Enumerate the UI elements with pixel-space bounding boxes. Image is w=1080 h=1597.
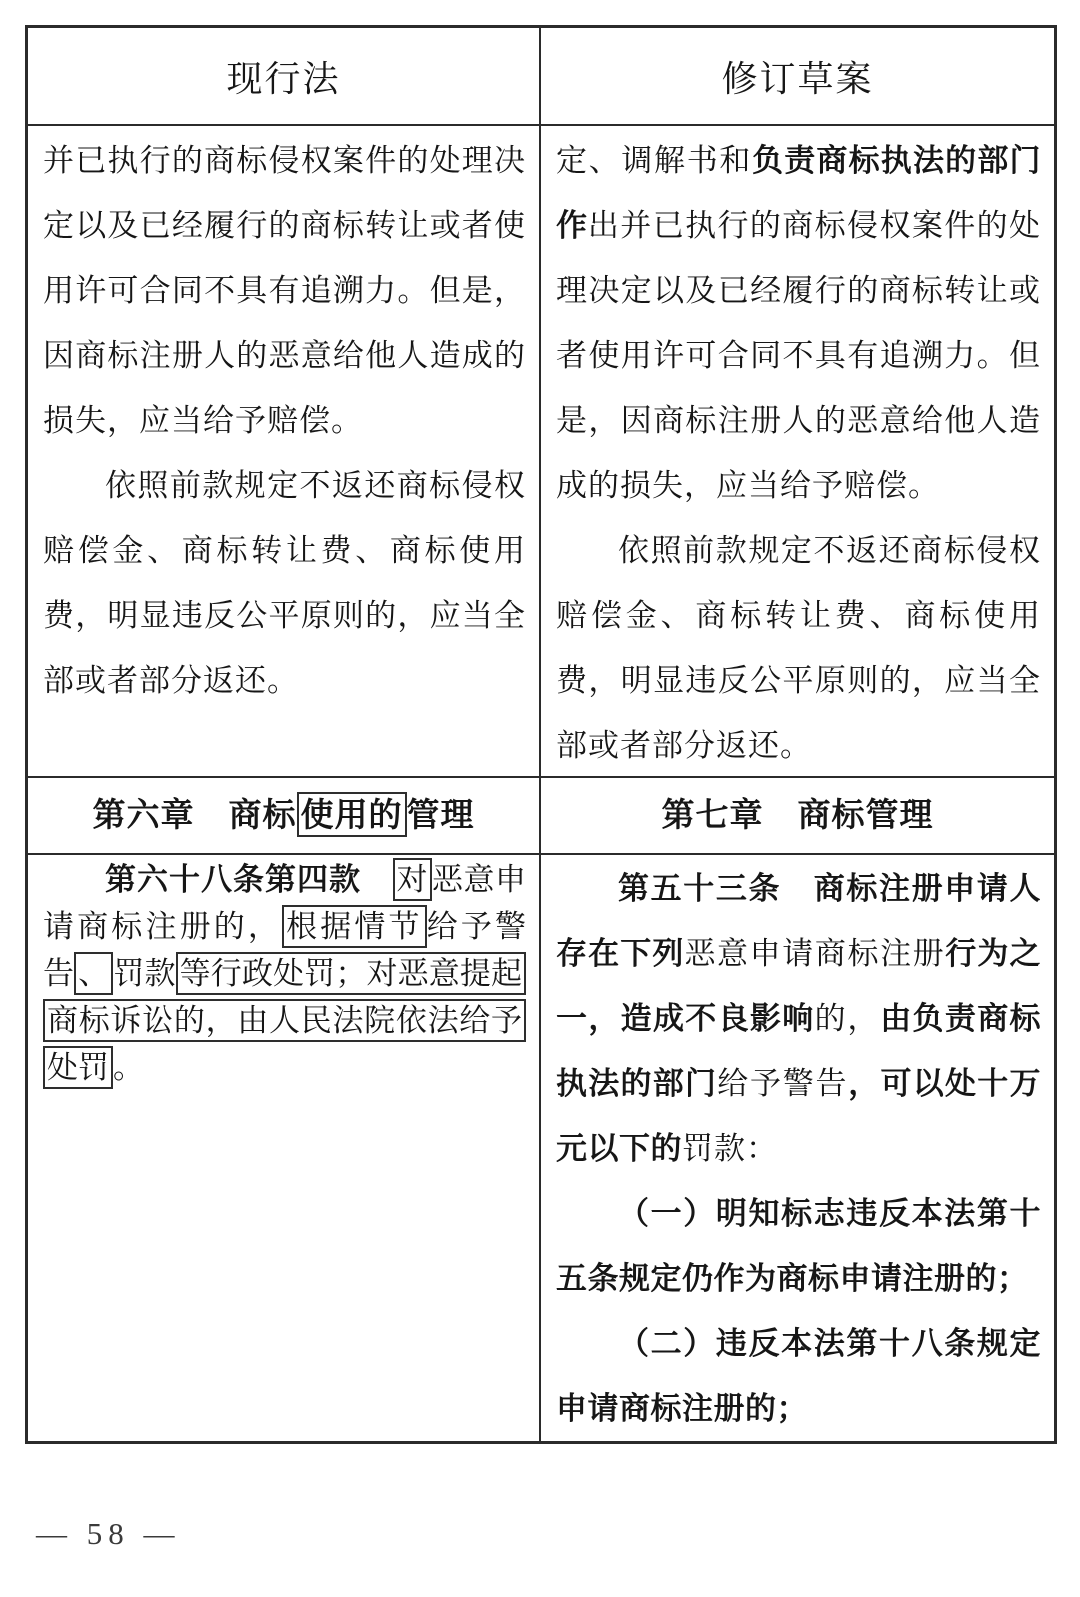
text-segment: 第五十三条 [618, 871, 781, 906]
revision-draft-clause-text: 第五十三条 商标注册申请人存在下列恶意申请商标注册行为之一，造成不良影响的，由负… [556, 856, 1041, 1441]
header-cell-current-law: 现行法 [28, 28, 541, 124]
text-segment: 管理 [407, 796, 475, 833]
cell-revision-draft-chapter: 第七章 商标管理 [541, 778, 1054, 853]
text-segment: 恶意申请商标注册 [684, 936, 945, 971]
text-segment: 并已执行的商标侵权案件的处理决定以及已经履行的商标转让或者使用许可合同不具有追溯… [43, 143, 526, 438]
text-segment: 。 [113, 1050, 144, 1085]
current-law-chapter-heading: 第六章 商标使用的管理 [93, 795, 475, 836]
page-number: — 58 — [36, 1516, 181, 1552]
paragraph: 依照前款规定不返还商标侵权赔偿金、商标转让费、商标使用费，明显违反公平原则的，应… [556, 518, 1041, 776]
text-segment: 依照前款规定不返还商标侵权赔偿金、商标转让费、商标使用费，明显违反公平原则的，应… [556, 533, 1041, 763]
header-cell-revision-draft: 修订草案 [541, 28, 1054, 124]
current-law-article-text: 并已执行的商标侵权案件的处理决定以及已经履行的商标转让或者使用许可合同不具有追溯… [43, 128, 526, 713]
deletion-box: 根据情节 [282, 905, 427, 948]
text-segment: 罚款： [682, 1131, 778, 1166]
paragraph: 依照前款规定不返还商标侵权赔偿金、商标转让费、商标使用费，明显违反公平原则的，应… [43, 453, 526, 713]
current-law-clause-text: 第六十八条第四款 对恶意申请商标注册的，根据情节给予警告、罚款等行政处罚；对恶意… [43, 856, 526, 1091]
text-segment: 第六十八条第四款 [105, 862, 361, 897]
paragraph: 第六十八条第四款 对恶意申请商标注册的，根据情节给予警告、罚款等行政处罚；对恶意… [43, 856, 526, 1091]
text-segment: 定、调解书和 [556, 143, 752, 178]
paragraph: （一）明知标志违反本法第十五条规定仍作为商标申请注册的； [556, 1181, 1041, 1311]
deletion-box: 对 [393, 858, 433, 901]
table-row-article-text: 并已执行的商标侵权案件的处理决定以及已经履行的商标转让或者使用许可合同不具有追溯… [28, 126, 1054, 778]
document-page: 现行法 修订草案 并已执行的商标侵权案件的处理决定以及已经履行的商标转让或者使用… [0, 0, 1080, 1597]
text-segment: 的， [815, 1001, 881, 1036]
table-row-clause-text: 第六十八条第四款 对恶意申请商标注册的，根据情节给予警告、罚款等行政处罚；对恶意… [28, 855, 1054, 1441]
text-segment: 第六章 商标 [93, 796, 297, 833]
table-header-row: 现行法 修订草案 [28, 28, 1054, 126]
paragraph: 并已执行的商标侵权案件的处理决定以及已经履行的商标转让或者使用许可合同不具有追溯… [43, 128, 526, 453]
paragraph: 第五十三条 商标注册申请人存在下列恶意申请商标注册行为之一，造成不良影响的，由负… [556, 856, 1041, 1181]
table-row-chapter-heading: 第六章 商标使用的管理 第七章 商标管理 [28, 778, 1054, 855]
revision-draft-chapter-heading: 第七章 商标管理 [662, 795, 934, 836]
paragraph: 第六章 商标使用的管理 [93, 795, 475, 836]
text-segment: （一）明知标志违反本法第十五条规定仍作为商标申请注册的； [556, 1196, 1041, 1296]
cell-revision-draft-clause: 第五十三条 商标注册申请人存在下列恶意申请商标注册行为之一，造成不良影响的，由负… [541, 855, 1054, 1441]
text-segment: 依照前款规定不返还商标侵权赔偿金、商标转让费、商标使用费，明显违反公平原则的，应… [43, 468, 526, 698]
paragraph: 定、调解书和负责商标执法的部门作出并已执行的商标侵权案件的处理决定以及已经履行的… [556, 128, 1041, 518]
text-segment [361, 862, 393, 897]
paragraph: 第七章 商标管理 [662, 795, 934, 836]
cell-revision-draft-article: 定、调解书和负责商标执法的部门作出并已执行的商标侵权案件的处理决定以及已经履行的… [541, 126, 1054, 776]
text-segment: 第七章 商标管理 [662, 796, 934, 833]
comparison-table: 现行法 修订草案 并已执行的商标侵权案件的处理决定以及已经履行的商标转让或者使用… [25, 25, 1057, 1444]
cell-current-law-chapter: 第六章 商标使用的管理 [28, 778, 541, 853]
cell-current-law-article: 并已执行的商标侵权案件的处理决定以及已经履行的商标转让或者使用许可合同不具有追溯… [28, 126, 541, 776]
paragraph: （二）违反本法第十八条规定申请商标注册的； [556, 1311, 1041, 1441]
deletion-box: 、 [74, 952, 113, 995]
header-revision-draft: 修订草案 [721, 51, 873, 102]
text-segment [781, 871, 814, 906]
deletion-box: 使用的 [297, 792, 407, 837]
text-segment: 罚款 [113, 956, 175, 991]
header-current-law: 现行法 [226, 51, 340, 102]
cell-current-law-clause: 第六十八条第四款 对恶意申请商标注册的，根据情节给予警告、罚款等行政处罚；对恶意… [28, 855, 541, 1441]
text-segment: 出并已执行的商标侵权案件的处理决定以及已经履行的商标转让或者使用许可合同不具有追… [556, 208, 1041, 503]
text-segment: （二）违反本法第十八条规定申请商标注册的； [556, 1326, 1041, 1426]
revision-draft-article-text: 定、调解书和负责商标执法的部门作出并已执行的商标侵权案件的处理决定以及已经履行的… [556, 128, 1041, 776]
text-segment: 给予警告 [717, 1066, 848, 1101]
